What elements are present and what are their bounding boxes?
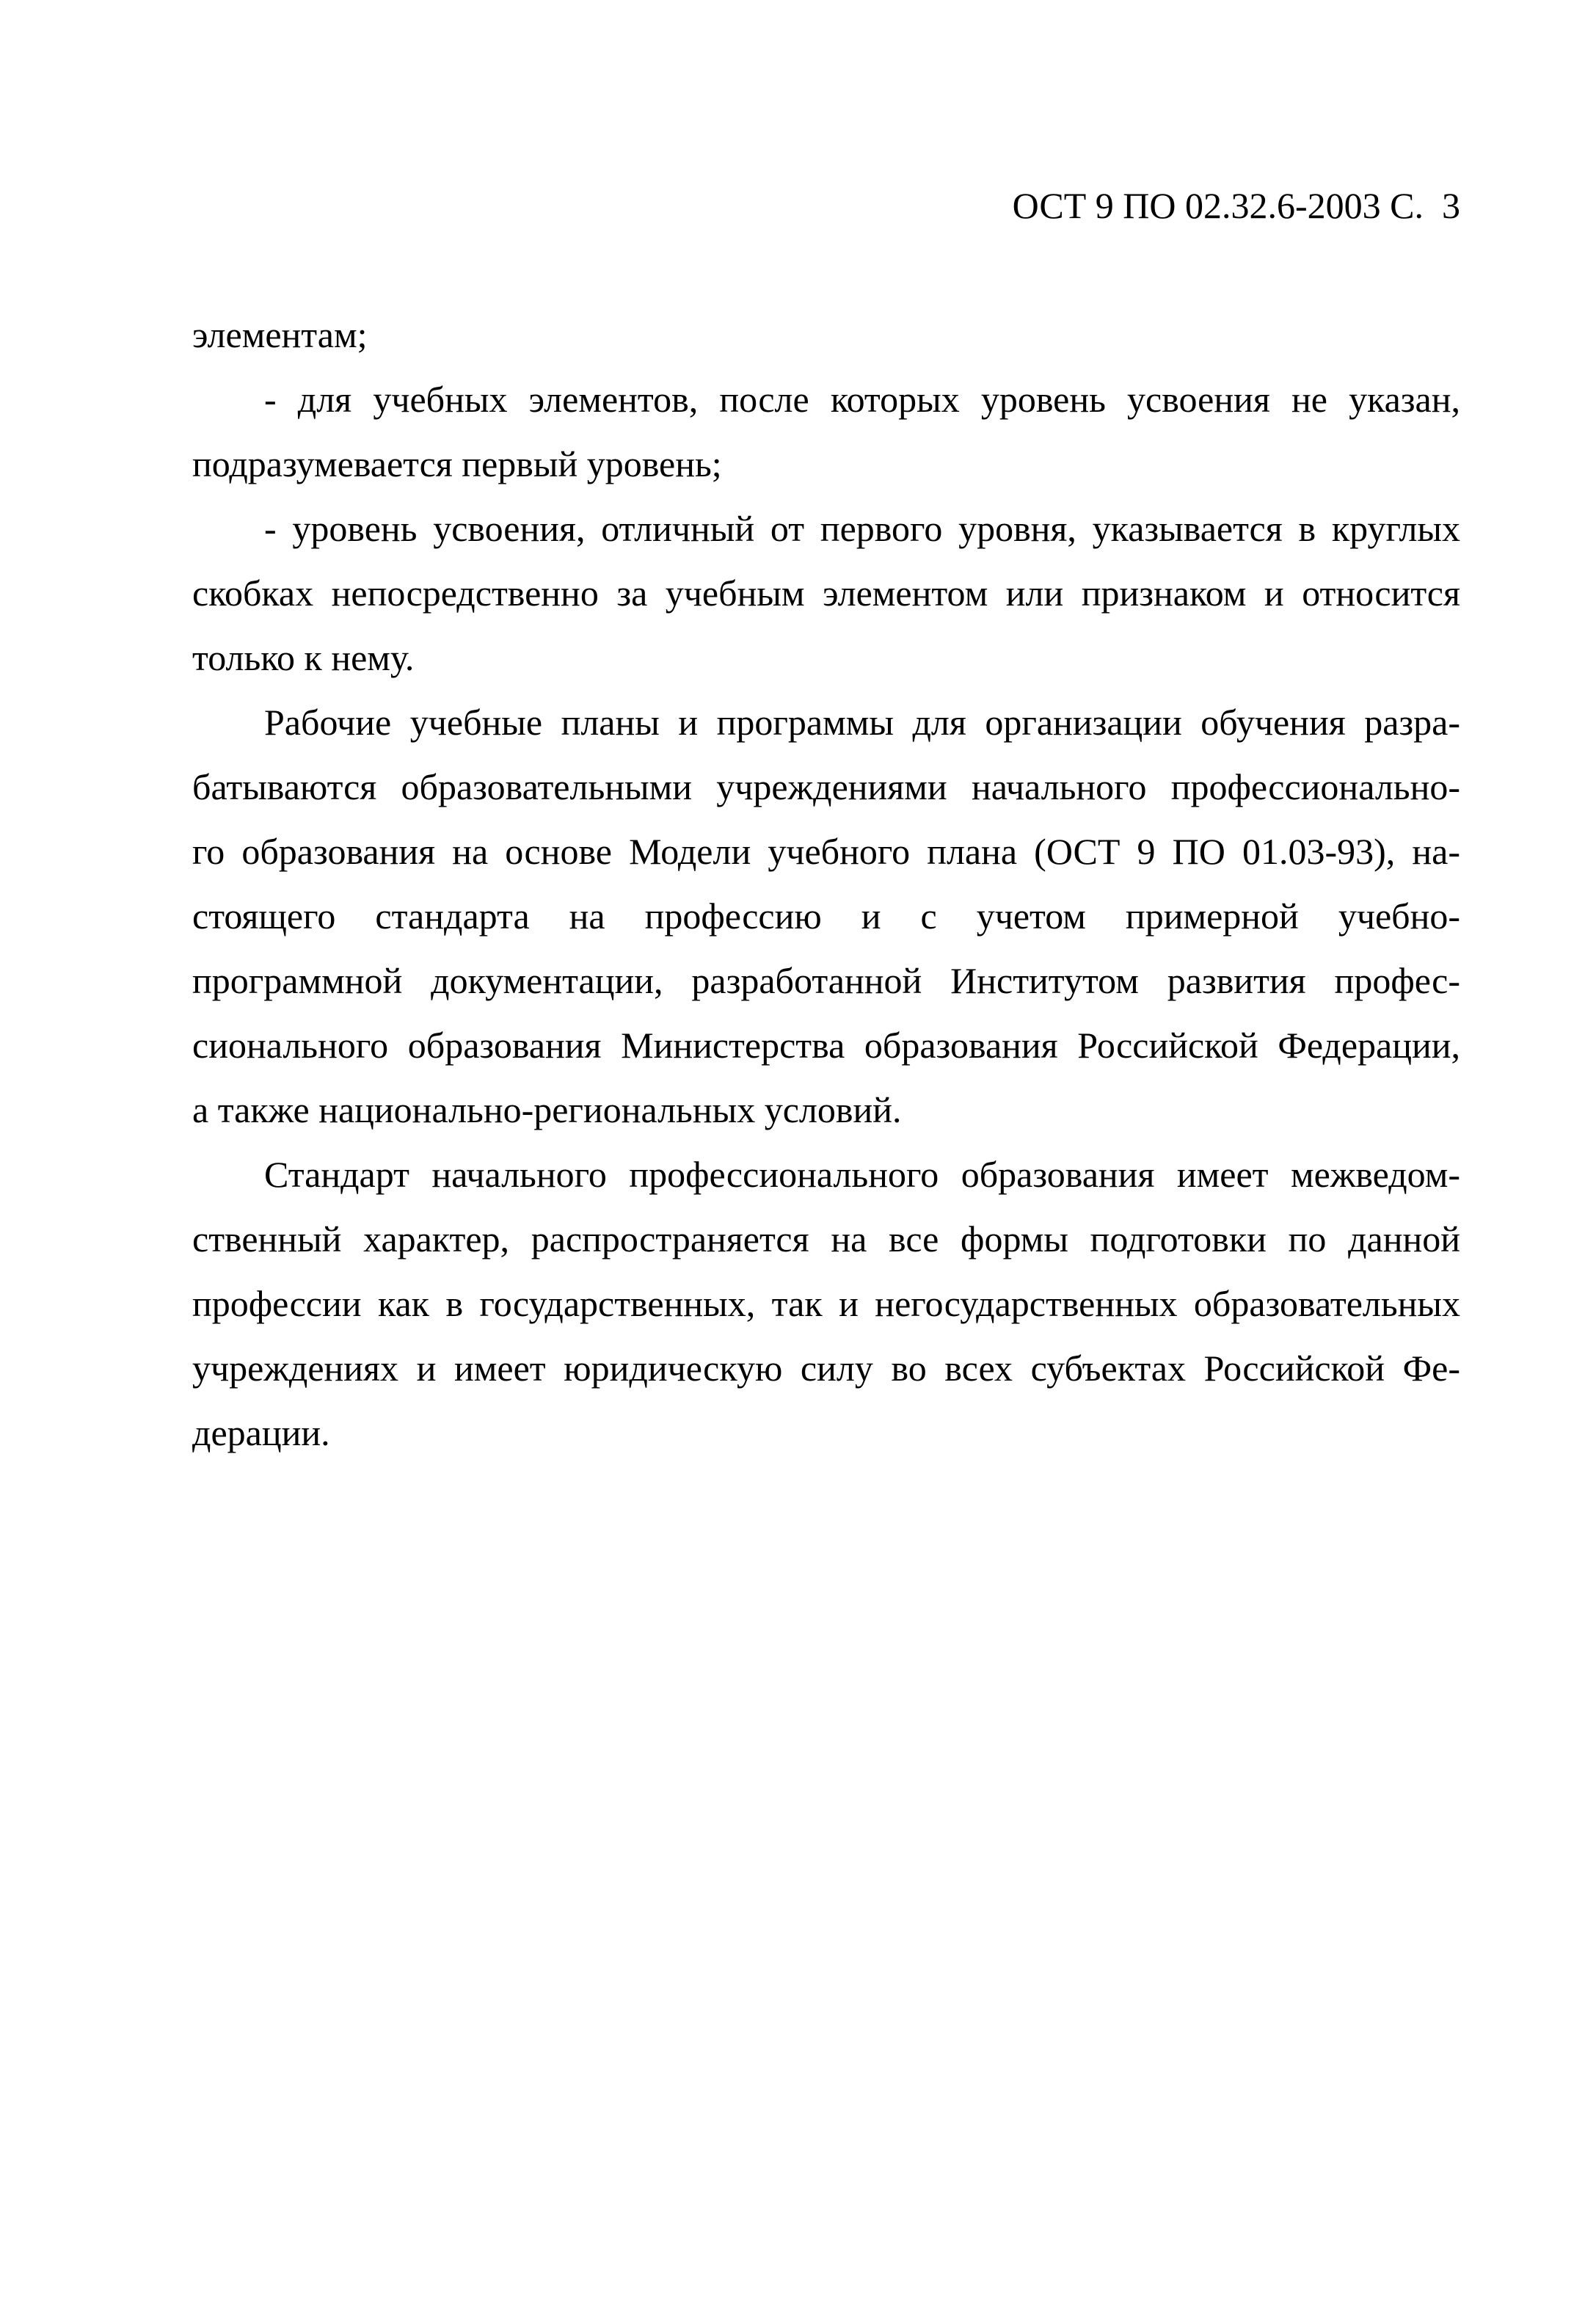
paragraph: - для учебных элементов, после которых у…	[192, 367, 1460, 496]
text-line: профессии как в государственных, так и н…	[192, 1271, 1460, 1336]
paragraph: Стандарт начального профессионального об…	[192, 1142, 1460, 1465]
text-line: подразумевается первый уровень;	[192, 432, 1460, 496]
text-line: Рабочие учебные планы и программы для ор…	[192, 690, 1460, 755]
text-line: учреждениях и имеет юридическую силу во …	[192, 1336, 1460, 1400]
text-line: программной документации, разработанной …	[192, 948, 1460, 1013]
document-body: элементам;- для учебных элементов, после…	[192, 302, 1460, 1465]
text-line: го образования на основе Модели учебного…	[192, 819, 1460, 884]
paragraph: - уровень усвоения, отличный от первого …	[192, 496, 1460, 690]
text-line: батываются образовательными учреждениями…	[192, 755, 1460, 819]
text-line: элементам;	[192, 302, 1460, 367]
paragraph: элементам;	[192, 302, 1460, 367]
text-line: только к нему.	[192, 625, 1460, 690]
paragraph: Рабочие учебные планы и программы для ор…	[192, 690, 1460, 1142]
text-line: ственный характер, распространяется на в…	[192, 1207, 1460, 1271]
text-line: - для учебных элементов, после которых у…	[192, 367, 1460, 432]
text-line: - уровень усвоения, отличный от первого …	[192, 496, 1460, 561]
text-line: сионального образования Министерства обр…	[192, 1013, 1460, 1077]
running-header: ОСТ 9 ПО 02.32.6-2003 С. 3	[0, 0, 1596, 302]
text-line: стоящего стандарта на профессию и с учет…	[192, 884, 1460, 948]
header-standard-reference: ОСТ 9 ПО 02.32.6-2003 С. 3	[1013, 185, 1460, 226]
scanned-document-page: ОСТ 9 ПО 02.32.6-2003 С. 3 элементам;- д…	[0, 0, 1596, 2312]
text-line: а также национально-региональных условий…	[192, 1077, 1460, 1142]
text-line: Стандарт начального профессионального об…	[192, 1142, 1460, 1207]
text-line: скобках непосредственно за учебным элеме…	[192, 561, 1460, 625]
text-line: дерации.	[192, 1400, 1460, 1465]
